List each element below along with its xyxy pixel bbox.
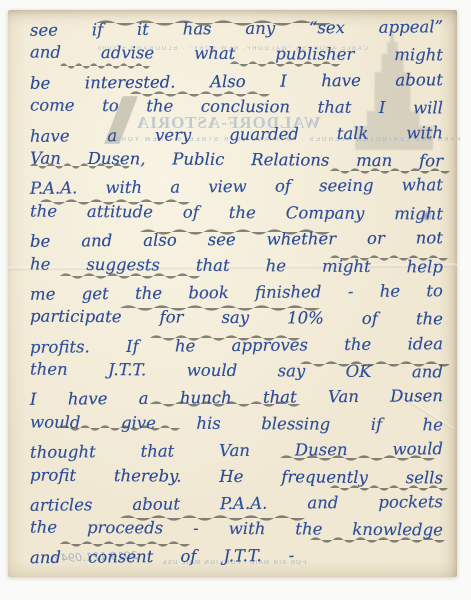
- letter-paper: CABLE ADDRESS “WALDORF, NEW YORK” · ELDO…: [8, 10, 457, 577]
- handwriting-line: participateforsay10%ofthe: [30, 305, 443, 332]
- handwriting-line: wouldgivehisblessingifhe: [30, 410, 443, 437]
- handwriting-line: megetthebookfinished-heto: [30, 279, 443, 307]
- handwriting-line: haveaveryguardedtalkwith: [30, 121, 443, 149]
- handwritten-letter-body: seeifithasany“sexappeal” andadvisewhatpu…: [30, 16, 443, 568]
- handwriting-line: P.A.A.withaviewofseeingwhat: [30, 174, 443, 202]
- handwriting-line: profitthereby.Hefrequentlysells: [30, 463, 443, 490]
- handwriting-line: andadvisewhatpublishermight: [30, 41, 443, 68]
- handwriting-line: theproceeds-withtheknowledge: [30, 516, 443, 543]
- handwriting-line: beandalsoseewhetherornot: [30, 226, 443, 254]
- scanned-letter-page: CABLE ADDRESS “WALDORF, NEW YORK” · ELDO…: [0, 0, 471, 600]
- handwriting-line: hesuggeststhathemighthelp: [30, 252, 443, 279]
- handwriting-line: articlesaboutP.A.A.andpockets: [30, 490, 443, 518]
- handwriting-line: VanDusen,PublicRelationsmanfor: [30, 147, 443, 174]
- handwriting-line: IhaveahunchthatVanDusen: [30, 385, 443, 413]
- handwriting-line: andconsentofJ.T.T.-: [30, 544, 295, 570]
- handwriting-line: profits.Ifheapprovestheidea: [30, 332, 443, 360]
- handwriting-line: thenJ.T.T.wouldsayOKand: [30, 358, 443, 385]
- handwriting-line: thoughtthatVanDusenwould: [30, 437, 443, 465]
- handwriting-line: seeifithasany“sexappeal”: [30, 15, 443, 43]
- handwriting-line: beinterested.AlsoIhaveabout: [30, 68, 443, 96]
- handwriting-line: cometotheconclusionthatIwill: [30, 94, 443, 121]
- handwriting-line: theattitudeoftheCompanymight: [30, 199, 443, 226]
